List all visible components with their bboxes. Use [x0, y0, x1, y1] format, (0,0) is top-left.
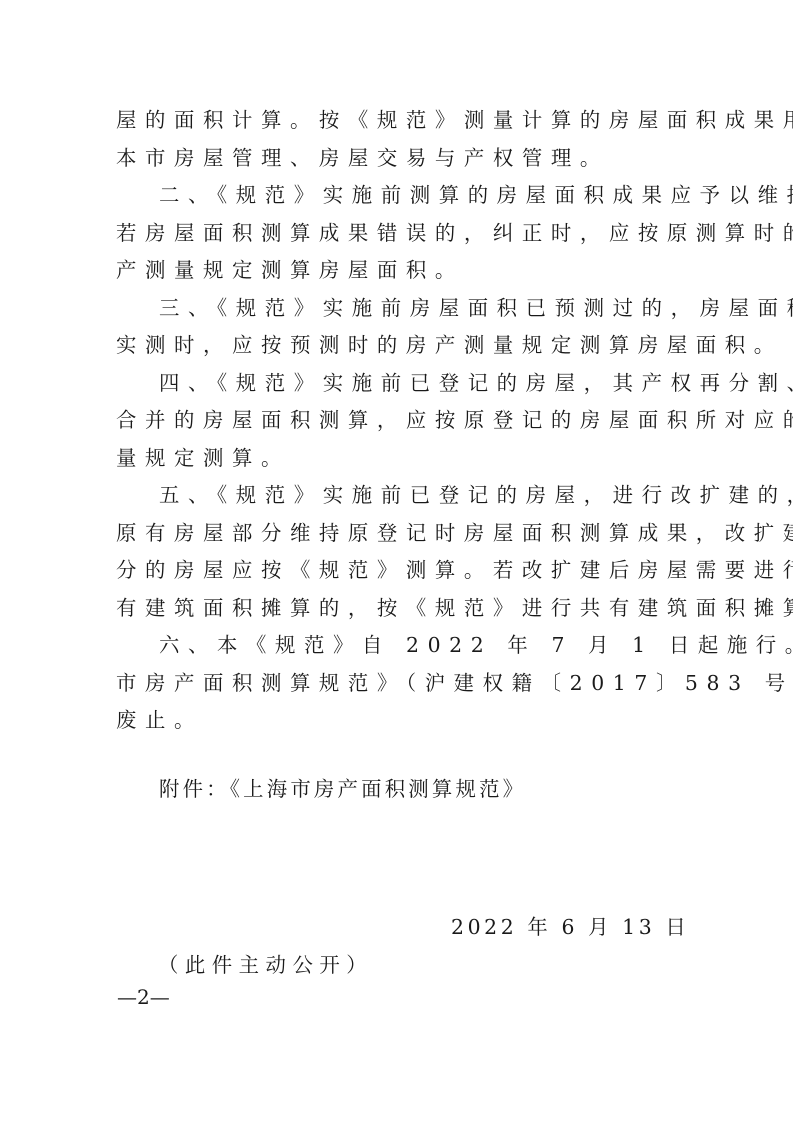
body-line: 产测量规定测算房屋面积。: [116, 252, 676, 290]
body-line: 有建筑面积摊算的，按《规范》进行共有建筑面积摊算。: [116, 590, 676, 628]
page-number: —2—: [117, 982, 170, 1012]
body-line: 屋的面积计算。按《规范》测量计算的房屋面积成果用于: [116, 102, 676, 140]
body-line: 合并的房屋面积测算，应按原登记的房屋面积所对应的测: [116, 402, 676, 440]
body-line: 分的房屋应按《规范》测算。若改扩建后房屋需要进行共: [116, 552, 676, 590]
paragraph-6-start: 六、本《规范》自 2022 年 7 月 1 日起施行。原《上海: [116, 627, 676, 665]
issue-date: 2022 年 6 月 13 日: [451, 910, 689, 944]
attachment-note: 附件：《上海市房产面积测算规范》: [159, 772, 526, 806]
body-line: 实测时，应按预测时的房产测量规定测算房屋面积。: [116, 327, 676, 365]
paragraph-3-start: 三、《规范》实施前房屋面积已预测过的，房屋面积: [116, 290, 676, 328]
paragraph-5-start: 五、《规范》实施前已登记的房屋，进行改扩建的，: [116, 477, 676, 515]
body-line: 量规定测算。: [116, 440, 676, 478]
body-line: 原有房屋部分维持原登记时房屋面积测算成果，改扩建部: [116, 515, 676, 553]
body-line: 本市房屋管理、房屋交易与产权管理。: [116, 140, 676, 178]
paragraph-4-start: 四、《规范》实施前已登记的房屋，其产权再分割、: [116, 365, 676, 403]
paragraph-2-start: 二、《规范》实施前测算的房屋面积成果应予以维持，: [116, 177, 676, 215]
body-line: 市房产面积测算规范》（沪建权籍〔2017〕583 号）同时: [116, 665, 676, 703]
public-disclosure-note: （此件主动公开）: [158, 948, 373, 982]
body-line: 若房屋面积测算成果错误的，纠正时，应按原测算时的房: [116, 215, 676, 253]
document-page: 屋的面积计算。按《规范》测量计算的房屋面积成果用于 本市房屋管理、房屋交易与产权…: [0, 0, 793, 1122]
body-line: 废止。: [116, 702, 676, 740]
document-body: 屋的面积计算。按《规范》测量计算的房屋面积成果用于 本市房屋管理、房屋交易与产权…: [116, 102, 676, 740]
